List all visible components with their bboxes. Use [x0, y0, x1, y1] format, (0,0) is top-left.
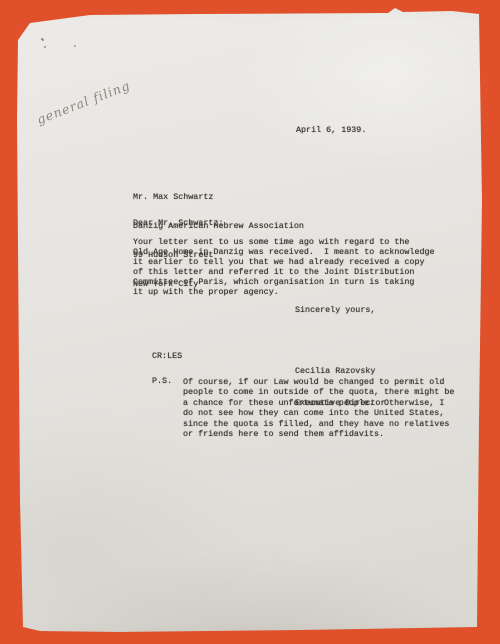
recipient-name: Mr. Max Schwartz — [133, 193, 304, 203]
scan-background: general filing April 6, 1939. Mr. Max Sc… — [0, 0, 500, 644]
ink-specks — [41, 38, 43, 40]
date-line: April 6, 1939. — [296, 126, 366, 136]
text-line: it earlier to tell you that we had alrea… — [133, 257, 435, 267]
postscript-block: Of course, if our Law would be changed t… — [183, 377, 454, 439]
handwritten-filing-note: general filing — [35, 78, 133, 127]
signature-name: Cecilia Razovsky — [295, 366, 385, 377]
letter-paper: general filing April 6, 1939. Mr. Max Sc… — [0, 0, 500, 644]
text-line: Your letter sent to us some time ago wit… — [133, 237, 435, 247]
text-line: since the quota is filled, and they have… — [183, 419, 454, 429]
text-line: or friends here to send them affidavits. — [183, 429, 454, 439]
closing-line: Sincerely yours, — [295, 306, 375, 316]
text-line: Of course, if our Law would be changed t… — [183, 377, 454, 387]
text-line: people to come in outside of the quota, … — [183, 387, 454, 397]
text-line: it up with the proper agency. — [133, 287, 435, 297]
salutation: Dear Mr. Schwartz: — [133, 219, 223, 229]
text-line: do not see how they can come into the Un… — [183, 408, 454, 418]
letter-body: Your letter sent to us some time ago wit… — [133, 237, 435, 297]
text-line: of this letter and referred it to the Jo… — [133, 267, 435, 277]
reference-initials: CR:LES — [152, 352, 182, 362]
text-line: Old Age Home in Danzig was received. I m… — [133, 247, 435, 257]
postscript-label: P.S. — [152, 377, 172, 387]
text-line: Committee of Paris, which organisation i… — [133, 277, 435, 287]
text-line: a chance for these unfortunate people. O… — [183, 398, 454, 408]
